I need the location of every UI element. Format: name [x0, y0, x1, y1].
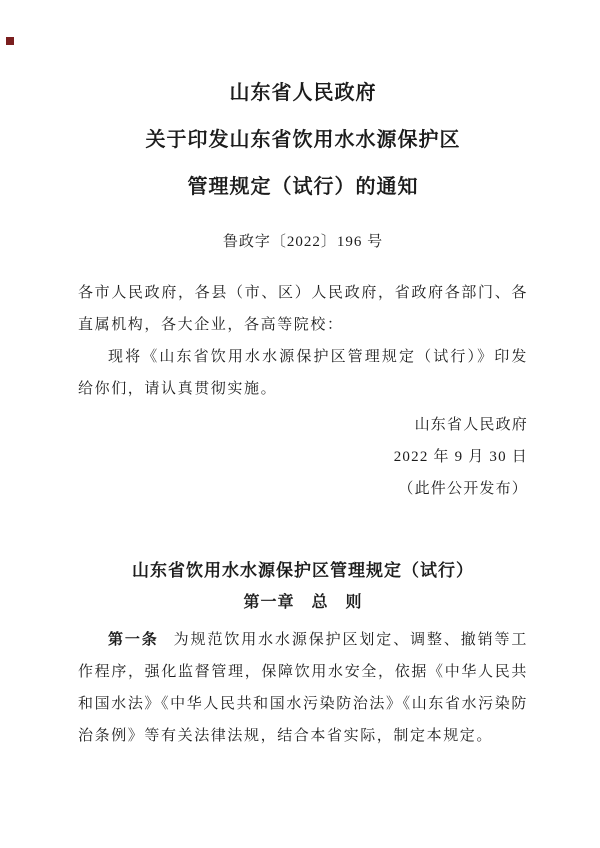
document-number: 鲁政字〔2022〕196 号 [78, 227, 528, 257]
chapter-heading: 第一章 总 则 [78, 587, 528, 619]
article-text: 为规范饮用水水源保护区划定、调整、撤销等工作程序，强化监督管理，保障饮用水安全，… [78, 632, 528, 744]
corner-mark [6, 37, 14, 45]
salutation-paragraph: 各市人民政府，各县（市、区）人民政府，省政府各部门、各直属机构，各大企业，各高等… [78, 277, 528, 341]
document-title-line-1: 山东省人民政府 [78, 70, 528, 117]
letter-body: 各市人民政府，各县（市、区）人民政府，省政府各部门、各直属机构，各大企业，各高等… [78, 277, 528, 405]
article-label: 第一条 [108, 632, 159, 648]
document-title: 山东省人民政府 关于印发山东省饮用水水源保护区 管理规定（试行）的通知 [78, 70, 528, 211]
body-paragraph: 现将《山东省饮用水水源保护区管理规定（试行）》印发给你们，请认真贯彻实施。 [78, 341, 528, 405]
document-title-line-3: 管理规定（试行）的通知 [78, 164, 528, 211]
regulation-title: 山东省饮用水水源保护区管理规定（试行） [78, 555, 528, 587]
signature-issuer: 山东省人民政府 [78, 409, 528, 441]
signature-block: 山东省人民政府 2022 年 9 月 30 日 （此件公开发布） [78, 409, 528, 505]
document-content: 山东省人民政府 关于印发山东省饮用水水源保护区 管理规定（试行）的通知 鲁政字〔… [78, 0, 528, 752]
article-paragraph: 第一条为规范饮用水水源保护区划定、调整、撤销等工作程序，强化监督管理，保障饮用水… [78, 624, 528, 752]
document-page: 山东省人民政府 关于印发山东省饮用水水源保护区 管理规定（试行）的通知 鲁政字〔… [0, 0, 600, 848]
signature-release-note: （此件公开发布） [78, 473, 528, 505]
document-title-line-2: 关于印发山东省饮用水水源保护区 [78, 117, 528, 164]
signature-date: 2022 年 9 月 30 日 [78, 441, 528, 473]
